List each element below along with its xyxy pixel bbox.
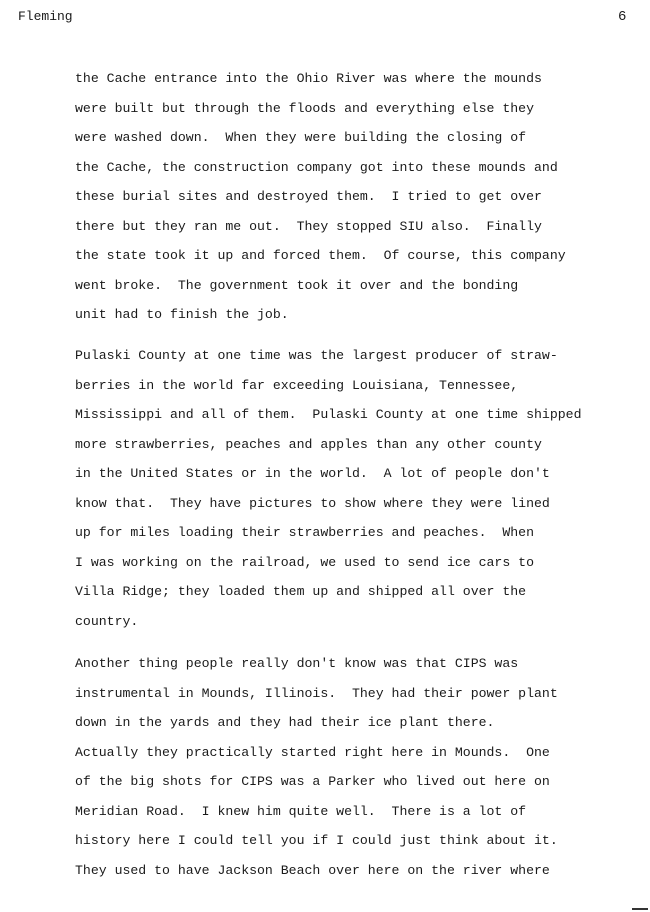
- text-line: the Cache entrance into the Ohio River w…: [75, 64, 566, 94]
- text-line: in the United States or in the world. A …: [75, 459, 581, 489]
- text-line: Meridian Road. I knew him quite well. Th…: [75, 797, 558, 827]
- header-name: Fleming: [18, 9, 73, 24]
- text-line: there but they ran me out. They stopped …: [75, 212, 566, 242]
- text-line: were washed down. When they were buildin…: [75, 123, 566, 153]
- text-line: these burial sites and destroyed them. I…: [75, 182, 566, 212]
- paragraph-3: Another thing people really don't know w…: [75, 649, 558, 885]
- text-line: down in the yards and they had their ice…: [75, 708, 558, 738]
- text-line: Another thing people really don't know w…: [75, 649, 558, 679]
- text-line: were built but through the floods and ev…: [75, 94, 566, 124]
- text-line: Actually they practically started right …: [75, 738, 558, 768]
- text-line: They used to have Jackson Beach over her…: [75, 856, 558, 886]
- text-line: Mississippi and all of them. Pulaski Cou…: [75, 400, 581, 430]
- page-number: 6: [618, 9, 626, 25]
- paragraph-2: Pulaski County at one time was the large…: [75, 341, 581, 636]
- paragraph-1: the Cache entrance into the Ohio River w…: [75, 64, 566, 330]
- text-line: unit had to finish the job.: [75, 300, 566, 330]
- text-line: history here I could tell you if I could…: [75, 826, 558, 856]
- text-line: went broke. The government took it over …: [75, 271, 566, 301]
- text-line: instrumental in Mounds, Illinois. They h…: [75, 679, 558, 709]
- text-line: Pulaski County at one time was the large…: [75, 341, 581, 371]
- text-line: I was working on the railroad, we used t…: [75, 548, 581, 578]
- text-line: berries in the world far exceeding Louis…: [75, 371, 581, 401]
- text-line: of the big shots for CIPS was a Parker w…: [75, 767, 558, 797]
- text-line: country.: [75, 607, 581, 637]
- scan-mark: [632, 908, 648, 910]
- text-line: more strawberries, peaches and apples th…: [75, 430, 581, 460]
- text-line: know that. They have pictures to show wh…: [75, 489, 581, 519]
- text-line: the Cache, the construction company got …: [75, 153, 566, 183]
- text-line: the state took it up and forced them. Of…: [75, 241, 566, 271]
- text-line: Villa Ridge; they loaded them up and shi…: [75, 577, 581, 607]
- text-line: up for miles loading their strawberries …: [75, 518, 581, 548]
